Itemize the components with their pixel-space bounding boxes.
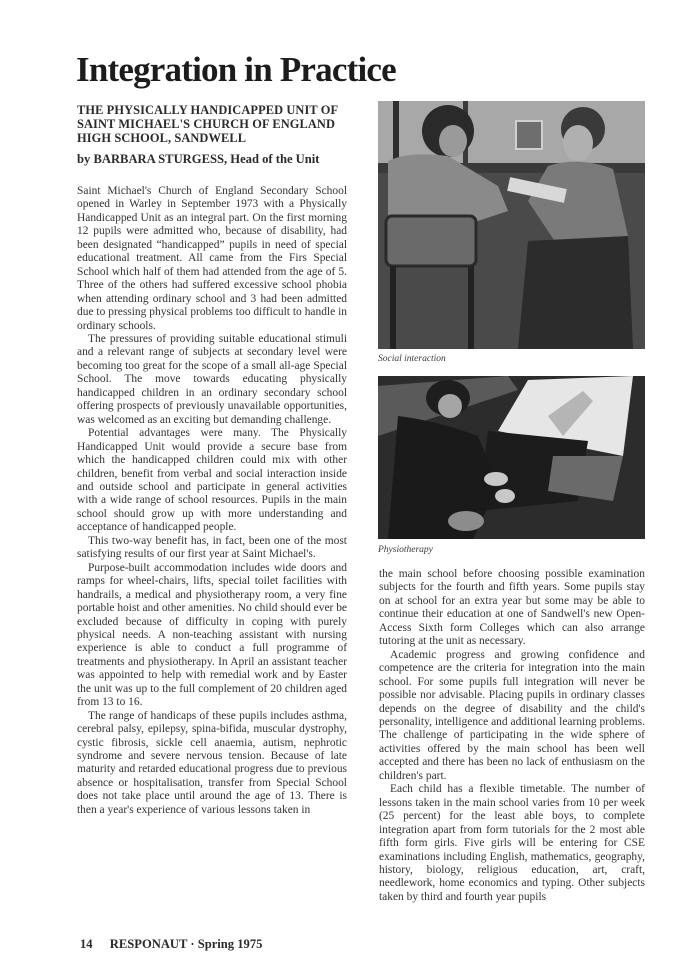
paragraph: This two-way benefit has, in fact, been … <box>77 535 347 562</box>
page-number: 14 <box>80 937 93 951</box>
photo-social-interaction <box>378 101 645 349</box>
article-subtitle: THE PHYSICALLY HANDICAPPED UNIT OF SAINT… <box>77 103 357 145</box>
paragraph: Saint Michael's Church of England Second… <box>77 185 347 333</box>
paragraph: Purpose-built accommodation includes wid… <box>77 562 347 710</box>
figure-caption: Physiotherapy <box>378 545 433 555</box>
page-footer: 14 RESPONAUT · Spring 1975 <box>80 937 262 952</box>
paragraph: The range of handicaps of these pupils i… <box>77 710 347 818</box>
paragraph: The pressures of providing suitable educ… <box>77 333 347 427</box>
paragraph: Each child has a flexible timetable. The… <box>379 783 645 904</box>
article-byline: by BARBARA STURGESS, Head of the Unit <box>77 152 319 166</box>
figure-caption: Social interaction <box>378 354 446 364</box>
left-text-column: Saint Michael's Church of England Second… <box>77 185 347 817</box>
photo-physiotherapy <box>378 376 645 539</box>
paragraph: the main school before choosing possible… <box>379 568 645 649</box>
article-title: Integration in Practice <box>76 52 396 87</box>
paragraph: Potential advantages were many. The Phys… <box>77 427 347 535</box>
publication-line: RESPONAUT · Spring 1975 <box>110 937 263 951</box>
right-text-column: the main school before choosing possible… <box>379 568 645 904</box>
paragraph: Academic progress and growing confidence… <box>379 649 645 784</box>
